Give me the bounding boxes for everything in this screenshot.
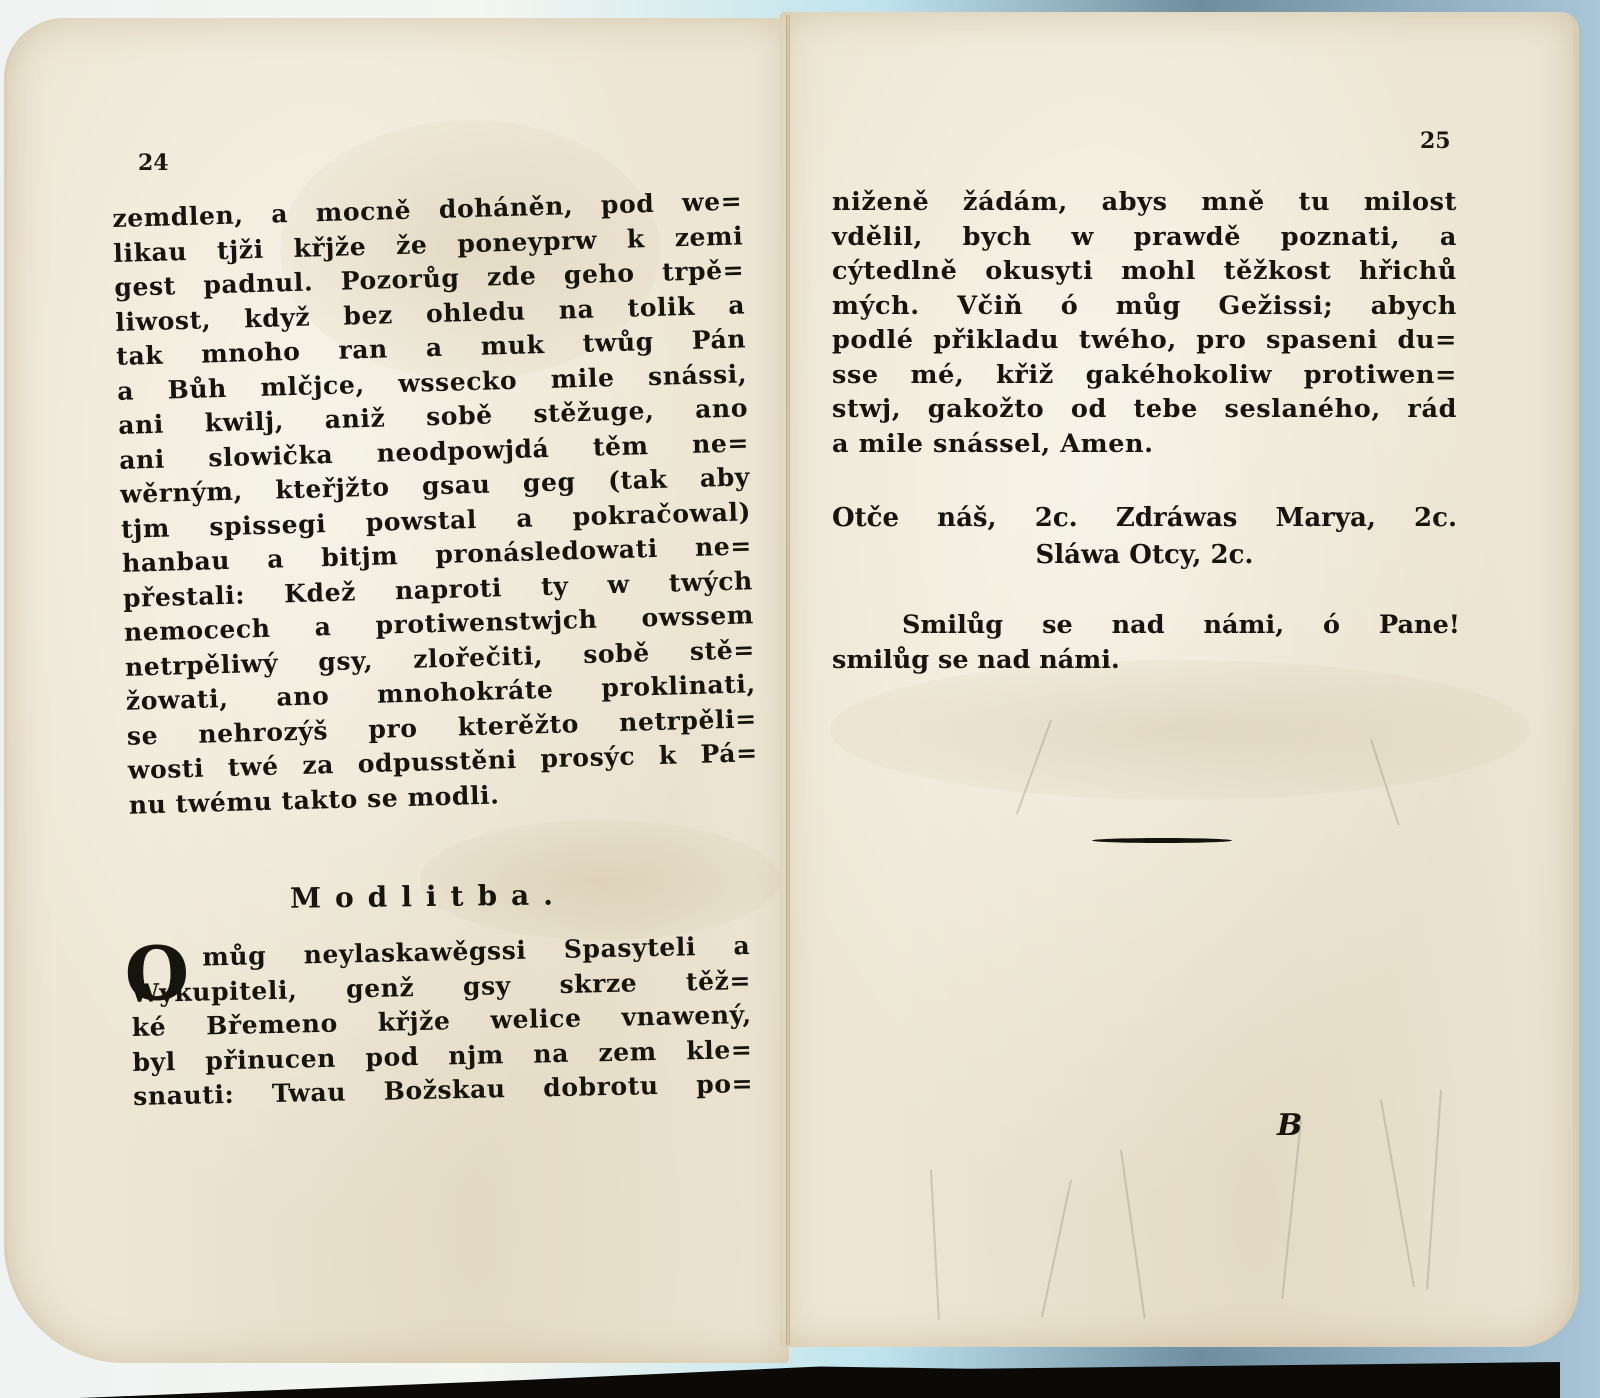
right-body-text: niženě žádám, abys mně tu milost vdělil,… bbox=[832, 185, 1457, 461]
mercy-line-2: smilůg se nad námi. bbox=[832, 645, 1120, 675]
text-line: a mile snássel, Amen. bbox=[832, 427, 1457, 462]
prayer-text: O můg neylaskawěgssi Spasyteli a Wykupit… bbox=[130, 929, 753, 1114]
text-line: sse mé, křiž gakéhokoliw protiwen= bbox=[832, 358, 1457, 393]
text-line: stwj, gakožto od tebe seslaného, rád bbox=[832, 392, 1457, 427]
text-line: cýtedlně okusyti mohl těžkost hřichů bbox=[832, 254, 1457, 289]
drop-cap: O bbox=[124, 937, 190, 1012]
text-line: mých. Včiň ó můg Gežissi; abych bbox=[832, 289, 1457, 324]
book-gutter bbox=[786, 15, 790, 1345]
page-number-right: 25 bbox=[1420, 128, 1451, 154]
text-line: vdělil, bych w prawdě poznati, a bbox=[832, 220, 1457, 255]
mercy-line-1: Smilůg se nad námi, ó Pane! bbox=[832, 610, 1460, 640]
page-number-left: 24 bbox=[138, 150, 169, 176]
prayers-list-line-1: Otče náš, 2c. Zdráwas Marya, 2c. bbox=[832, 503, 1457, 533]
text-line: niženě žádám, abys mně tu milost bbox=[832, 185, 1457, 220]
prayer-heading: Modlitba. bbox=[290, 878, 567, 914]
left-body-text: zemdlen, a mocně doháněn, pod we= likau … bbox=[112, 184, 759, 822]
signature-mark: B bbox=[1277, 1108, 1302, 1143]
prayers-list-line-2: Sláwa Otcy, 2c. bbox=[832, 540, 1457, 570]
section-rule bbox=[1092, 838, 1232, 843]
text-line: podlé přikladu twého, pro spaseni du= bbox=[832, 323, 1457, 358]
